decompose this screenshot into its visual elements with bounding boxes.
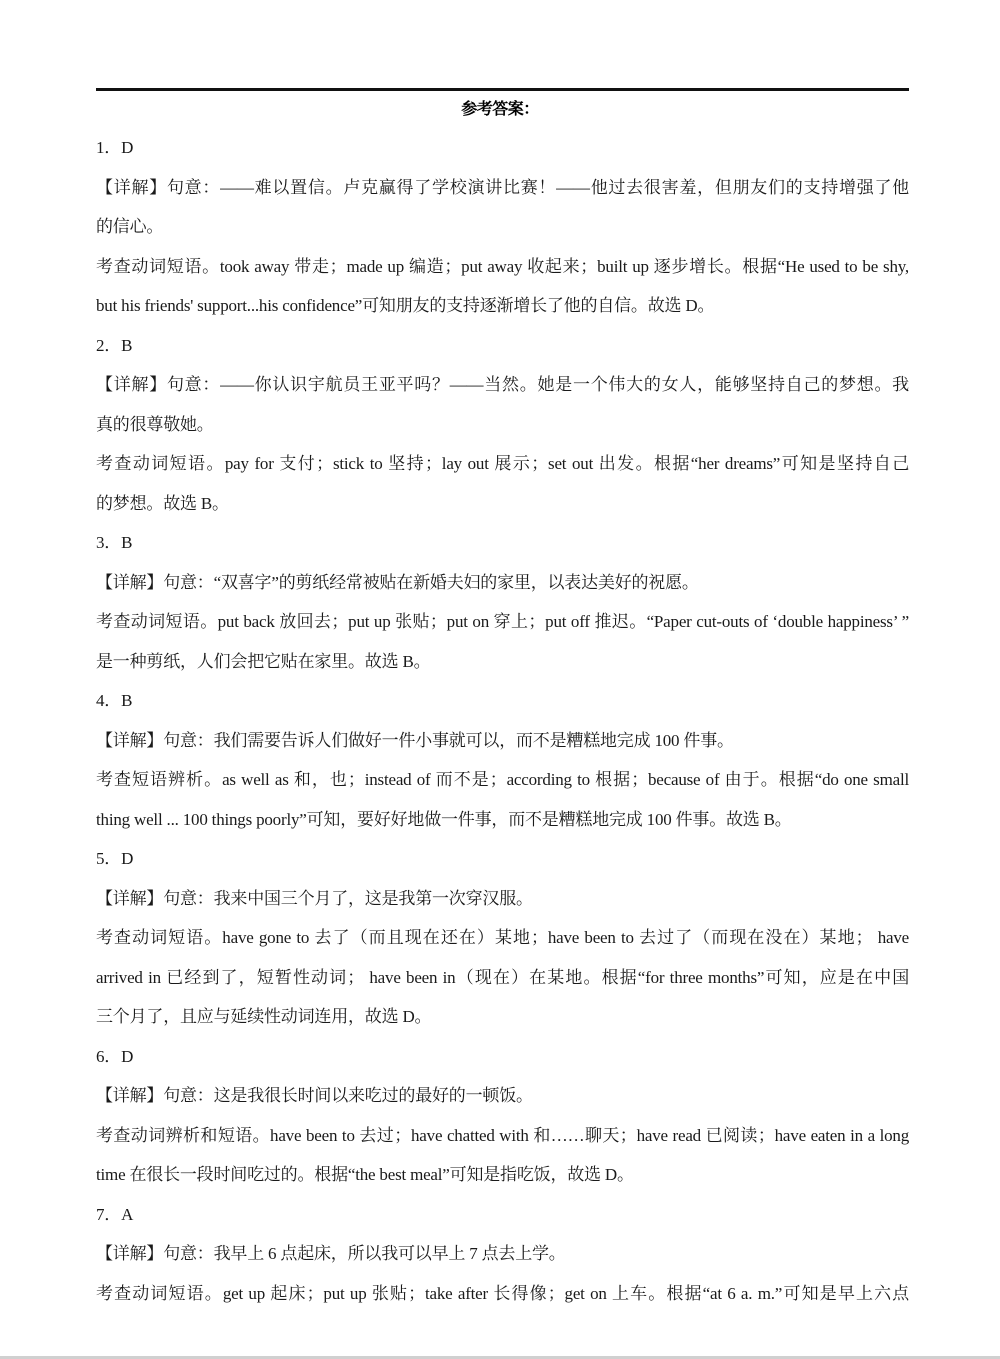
explanation-line: 【详解】句意：我来中国三个月了，这是我第一次穿汉服。	[96, 879, 909, 919]
explanation-line: thing well ... 100 things poorly”可知，要好好地…	[96, 800, 909, 840]
explanation-line: 考查动词短语。took away 带走；made up 编造；put away …	[96, 247, 909, 287]
explanation-line: 考查动词短语。get up 起床；put up 张贴；take after 长得…	[96, 1274, 909, 1314]
explanation-line: arrived in 已经到了，短暂性动词； have been in（现在）在…	[96, 958, 909, 998]
answer-item-7: 7．A 【详解】句意：我早上 6 点起床，所以我可以早上 7 点去上学。 考查动…	[96, 1195, 909, 1314]
answer-item-5: 5．D 【详解】句意：我来中国三个月了，这是我第一次穿汉服。 考查动词短语。ha…	[96, 839, 909, 1037]
explanation-line: 的信心。	[96, 207, 909, 247]
explanation-line: 【详解】句意：——你认识宇航员王亚平吗？——当然。她是一个伟大的女人，能够坚持自…	[96, 365, 909, 405]
answer-number: 6．D	[96, 1037, 909, 1077]
explanation-line: 的梦想。故选 B。	[96, 484, 909, 524]
explanation-line: 考查动词辨析和短语。have been to 去过；have chatted w…	[96, 1116, 909, 1156]
answer-item-1: 1．D 【详解】句意：——难以置信。卢克赢得了学校演讲比赛！——他过去很害羞，但…	[96, 128, 909, 326]
explanation-line: 【详解】句意：“双喜字”的剪纸经常被贴在新婚夫妇的家里，以表达美好的祝愿。	[96, 563, 909, 603]
explanation-line: 考查短语辨析。as well as 和，也；instead of 而不是；acc…	[96, 760, 909, 800]
explanation-line: 是一种剪纸，人们会把它贴在家里。故选 B。	[96, 642, 909, 682]
explanation-line: but his friends' support...his confidenc…	[96, 286, 909, 326]
answer-number: 7．A	[96, 1195, 909, 1235]
explanation-line: 【详解】句意：我早上 6 点起床，所以我可以早上 7 点去上学。	[96, 1234, 909, 1274]
explanation-line: 考查动词短语。pay for 支付；stick to 坚持；lay out 展示…	[96, 444, 909, 484]
explanation-line: 真的很尊敬她。	[96, 405, 909, 445]
explanation-line: 【详解】句意：我们需要告诉人们做好一件小事就可以，而不是糟糕地完成 100 件事…	[96, 721, 909, 761]
answer-number: 3．B	[96, 523, 909, 563]
explanation-line: 【详解】句意：这是我很长时间以来吃过的最好的一顿饭。	[96, 1076, 909, 1116]
explanation-line: 考查动词短语。have gone to 去了（而且现在还在）某地；have be…	[96, 918, 909, 958]
explanation-line: 考查动词短语。put back 放回去；put up 张贴；put on 穿上；…	[96, 602, 909, 642]
answer-number: 1．D	[96, 128, 909, 168]
page-title: 参考答案：	[0, 97, 1000, 121]
answer-number: 4．B	[96, 681, 909, 721]
explanation-line: time 在很长一段时间吃过的。根据“the best meal”可知是指吃饭，…	[96, 1155, 909, 1195]
answer-item-6: 6．D 【详解】句意：这是我很长时间以来吃过的最好的一顿饭。 考查动词辨析和短语…	[96, 1037, 909, 1195]
answer-list: 1．D 【详解】句意：——难以置信。卢克赢得了学校演讲比赛！——他过去很害羞，但…	[96, 128, 909, 1313]
answer-item-4: 4．B 【详解】句意：我们需要告诉人们做好一件小事就可以，而不是糟糕地完成 10…	[96, 681, 909, 839]
answer-item-3: 3．B 【详解】句意：“双喜字”的剪纸经常被贴在新婚夫妇的家里，以表达美好的祝愿…	[96, 523, 909, 681]
header-rule	[96, 88, 909, 91]
explanation-line: 【详解】句意：——难以置信。卢克赢得了学校演讲比赛！——他过去很害羞，但朋友们的…	[96, 168, 909, 208]
answer-number: 2．B	[96, 326, 909, 366]
answer-number: 5．D	[96, 839, 909, 879]
explanation-line: 三个月了，且应与延续性动词连用，故选 D。	[96, 997, 909, 1037]
answer-item-2: 2．B 【详解】句意：——你认识宇航员王亚平吗？——当然。她是一个伟大的女人，能…	[96, 326, 909, 524]
